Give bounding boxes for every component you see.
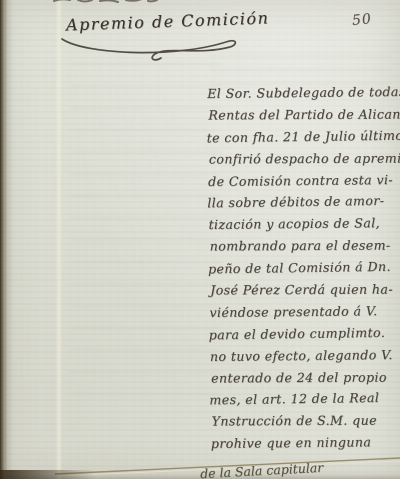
manuscript-line: confirió despacho de apremio bbox=[209, 147, 400, 170]
title-underline-flourish bbox=[58, 31, 243, 63]
left-binding-edge-soft bbox=[5, 0, 13, 479]
manuscript-scan: Apremio de Comición 50 El Sor. Subdelega… bbox=[0, 0, 400, 479]
manuscript-line: Rentas del Partido de Alican- bbox=[208, 103, 400, 126]
manuscript-line: te con fha. 21 de Julio último bbox=[206, 124, 398, 149]
manuscript-line: nombrando para el desem- bbox=[210, 235, 400, 258]
manuscript-line: viéndose presentado á V. bbox=[209, 300, 400, 324]
manuscript-page: Apremio de Comición 50 El Sor. Subdelega… bbox=[0, 0, 400, 479]
ink-showthrough-texture bbox=[70, 55, 220, 395]
manuscript-body: El Sor. Subdelegado de todas Rentas del … bbox=[207, 81, 400, 455]
manuscript-line: de Comisión contra esta vi- bbox=[208, 169, 400, 193]
paper-fold-line bbox=[57, 0, 61, 479]
cropped-text-fragment-top bbox=[50, 0, 160, 6]
folio-page-number: 50 bbox=[351, 11, 372, 29]
manuscript-line: enterado de 24 del propio bbox=[211, 366, 400, 389]
manuscript-line: para el devido cumplimto. bbox=[209, 321, 400, 346]
manuscript-line: mes, el art. 12 de la Real bbox=[209, 387, 400, 412]
manuscript-line: El Sor. Subdelegado de todas bbox=[207, 81, 399, 105]
manuscript-line: José Pérez Cerdá quien ha- bbox=[210, 279, 400, 302]
manuscript-line: no tuvo efecto, alegando V. bbox=[210, 344, 400, 368]
manuscript-line: tización y acopios de Sal, bbox=[208, 212, 400, 236]
manuscript-line: peño de tal Comisión á Dn. bbox=[208, 256, 400, 281]
bottom-left-dark-corner bbox=[0, 470, 95, 479]
manuscript-line: lla sobre débitos de amor- bbox=[207, 190, 399, 215]
manuscript-line: Ynstrucción de S.M. que bbox=[212, 410, 400, 433]
